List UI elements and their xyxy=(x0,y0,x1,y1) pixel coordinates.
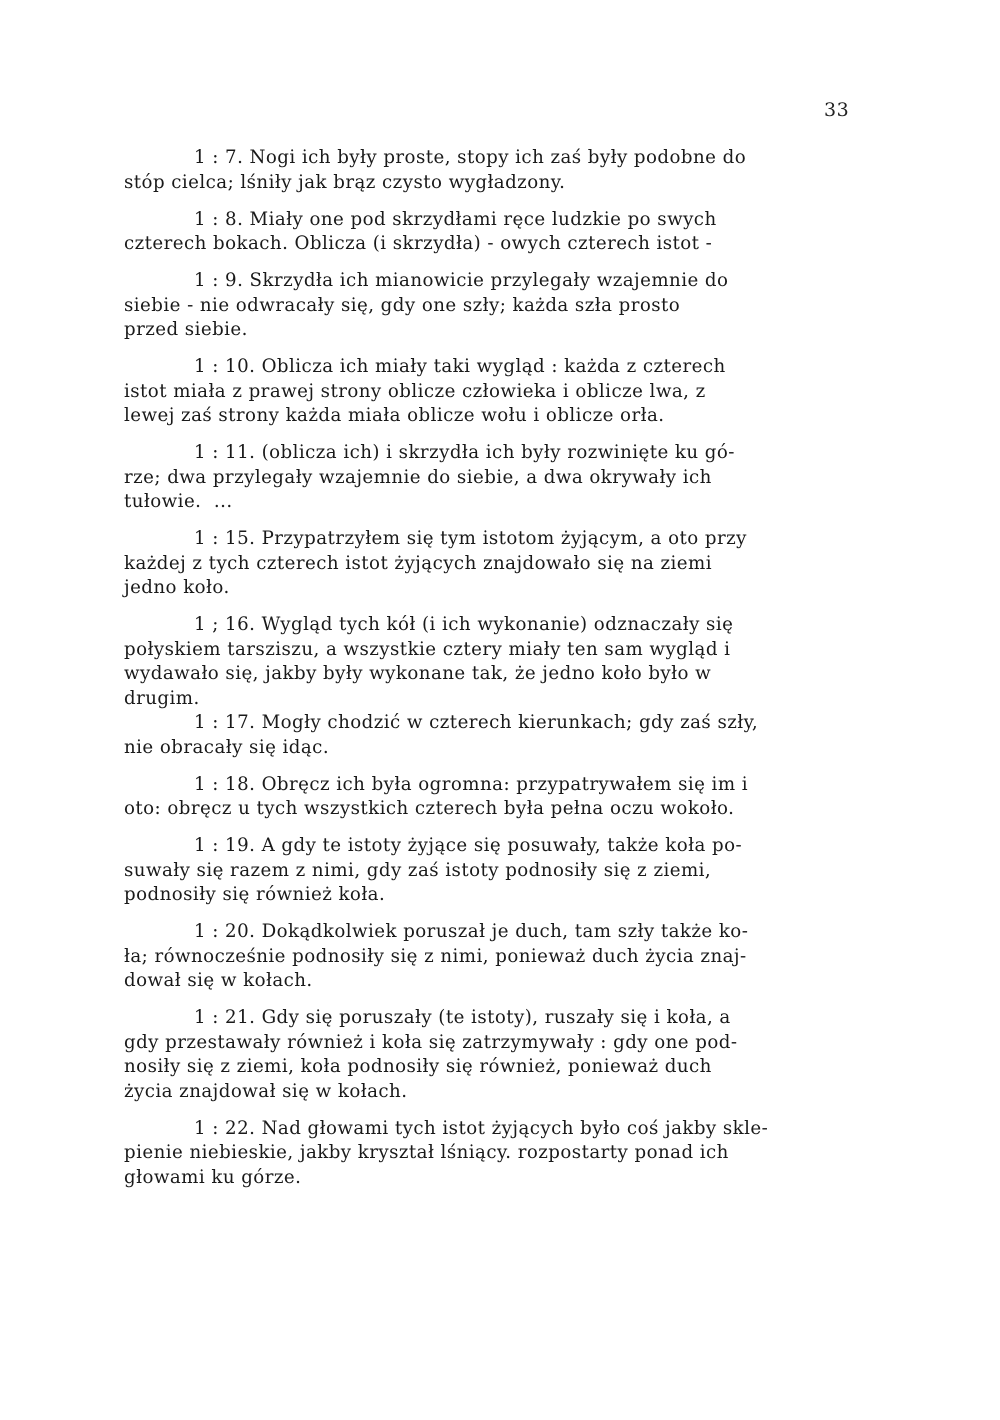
verse-line: wydawało się, jakby były wykonane tak, ż… xyxy=(124,662,904,687)
verse-1-9: 1 : 9. Skrzydła ich mianowicie przylegał… xyxy=(124,269,904,343)
verse-line: suwały się razem z nimi, gdy zaś istoty … xyxy=(124,859,904,884)
verse-line: drugim. xyxy=(124,687,904,712)
verse-1-8: 1 : 8. Miały one pod skrzydłami ręce lud… xyxy=(124,208,904,257)
verse-line: 1 ; 16. Wygląd tych kół (i ich wykonanie… xyxy=(124,613,904,638)
verse-line: oto: obręcz u tych wszystkich czterech b… xyxy=(124,797,904,822)
verse-line: 1 : 21. Gdy się poruszały (te istoty), r… xyxy=(124,1006,904,1031)
verse-line: połyskiem tarsziszu, a wszystkie cztery … xyxy=(124,638,904,663)
verse-1-7: 1 : 7. Nogi ich były proste, stopy ich z… xyxy=(124,146,904,195)
verse-1-11: 1 : 11. (oblicza ich) i skrzydła ich był… xyxy=(124,441,904,515)
verse-line: nie obracały się idąc. xyxy=(124,736,904,761)
verse-line: życia znajdował się w kołach. xyxy=(124,1080,904,1105)
verse-line: 1 : 9. Skrzydła ich mianowicie przylegał… xyxy=(124,269,904,294)
verse-line: czterech bokach. Oblicza (i skrzydła) - … xyxy=(124,232,904,257)
verse-1-19: 1 : 19. A gdy te istoty żyjące się posuw… xyxy=(124,834,904,908)
verse-1-10: 1 : 10. Oblicza ich miały taki wygląd : … xyxy=(124,355,904,429)
verse-line: ła; równocześnie podnosiły się z nimi, p… xyxy=(124,945,904,970)
verse-1-22: 1 : 22. Nad głowami tych istot żyjących … xyxy=(124,1117,904,1191)
verse-line: dował się w kołach. xyxy=(124,969,904,994)
verse-line: pienie niebieskie, jakby kryształ lśniąc… xyxy=(124,1141,904,1166)
verse-line: podnosiły się również koła. xyxy=(124,883,904,908)
verse-line: 1 : 22. Nad głowami tych istot żyjących … xyxy=(124,1117,904,1142)
verse-line: głowami ku górze. xyxy=(124,1166,904,1191)
verse-1-15: 1 : 15. Przypatrzyłem się tym istotom ży… xyxy=(124,527,904,601)
verse-1-17: 1 : 17. Mogły chodzić w czterech kierunk… xyxy=(124,711,904,760)
verse-line: 1 : 17. Mogły chodzić w czterech kierunk… xyxy=(124,711,904,736)
verse-line: stóp cielca; lśniły jak brąz czysto wygł… xyxy=(124,171,904,196)
verse-1-21: 1 : 21. Gdy się poruszały (te istoty), r… xyxy=(124,1006,904,1104)
verse-line: 1 : 11. (oblicza ich) i skrzydła ich był… xyxy=(124,441,904,466)
verse-line: przed siebie. xyxy=(124,318,904,343)
verse-line: rze; dwa przylegały wzajemnie do siebie,… xyxy=(124,466,904,491)
verse-line: 1 : 7. Nogi ich były proste, stopy ich z… xyxy=(124,146,904,171)
verse-line: 1 : 8. Miały one pod skrzydłami ręce lud… xyxy=(124,208,904,233)
verse-line: 1 : 15. Przypatrzyłem się tym istotom ży… xyxy=(124,527,904,552)
verse-line: gdy przestawały również i koła się zatrz… xyxy=(124,1031,904,1056)
verse-line: siebie - nie odwracały się, gdy one szły… xyxy=(124,294,904,319)
page-number: 33 xyxy=(824,99,849,121)
verse-line: lewej zaś strony każda miała oblicze woł… xyxy=(124,404,904,429)
verse-1-20: 1 : 20. Dokądkolwiek poruszał je duch, t… xyxy=(124,920,904,994)
verse-1-16: 1 ; 16. Wygląd tych kół (i ich wykonanie… xyxy=(124,613,904,711)
verse-line: 1 : 18. Obręcz ich była ogromna: przypat… xyxy=(124,773,904,798)
verse-line: jedno koło. xyxy=(124,576,904,601)
verse-line: tułowie. ... xyxy=(124,490,904,515)
verse-line: nosiły się z ziemi, koła podnosiły się r… xyxy=(124,1055,904,1080)
verse-line: 1 : 20. Dokądkolwiek poruszał je duch, t… xyxy=(124,920,904,945)
document-body: 1 : 7. Nogi ich były proste, stopy ich z… xyxy=(124,146,904,1190)
verse-1-18: 1 : 18. Obręcz ich była ogromna: przypat… xyxy=(124,773,904,822)
verse-line: 1 : 19. A gdy te istoty żyjące się posuw… xyxy=(124,834,904,859)
verse-line: istot miała z prawej strony oblicze czło… xyxy=(124,380,904,405)
verse-line: każdej z tych czterech istot żyjących zn… xyxy=(124,552,904,577)
verse-line: 1 : 10. Oblicza ich miały taki wygląd : … xyxy=(124,355,904,380)
